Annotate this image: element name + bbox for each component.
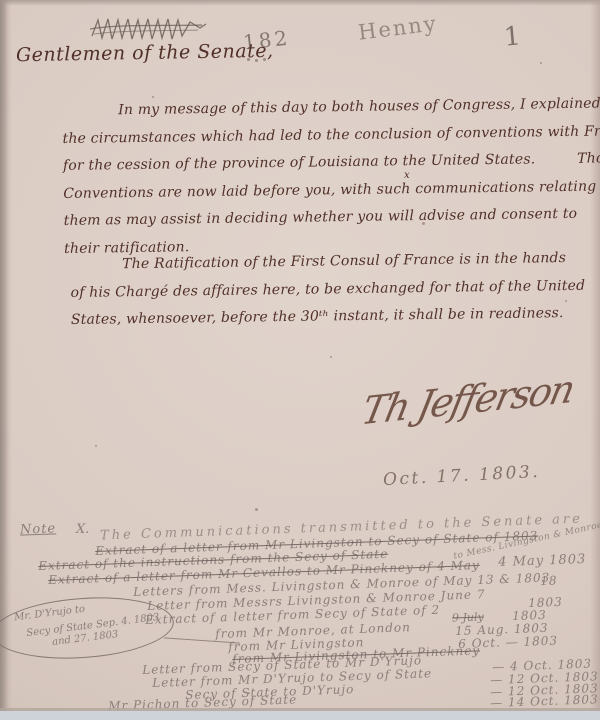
scan-backing-strip (0, 711, 600, 720)
note-label: Note (20, 521, 57, 537)
signature: Th Jefferson (358, 366, 578, 433)
scratched-out-word (90, 14, 208, 44)
date-line: Oct. 17. 1803. (383, 462, 541, 490)
paper-speck (152, 96, 154, 98)
insertion-caret-mark: x (404, 170, 410, 181)
pencil-tally-mark: 1 (503, 21, 522, 52)
paragraph-2: The Ratification of the First Consul of … (70, 245, 586, 335)
paragraph-1: In my message of this day to both houses… (62, 90, 600, 264)
note-reference-mark: X. (76, 522, 89, 537)
paper-left-edge (0, 0, 12, 720)
paper-speck (330, 356, 332, 358)
paper-speck (95, 445, 97, 447)
pencil-name-annotation: Henny (357, 11, 439, 45)
note-entry-date: 4 May 1803 (498, 552, 587, 570)
paper-speck (248, 692, 250, 694)
paragraph-2-line: States, whensoever, before the 30ᵗʰ inst… (71, 300, 586, 335)
paper-top-edge (0, 0, 600, 6)
paper-speck (540, 62, 542, 64)
paper-speck (255, 508, 258, 511)
paper-speck (565, 300, 567, 302)
paper-speck (422, 222, 425, 225)
document-page: 182 Henny 1 Gentlemen of the Senate, In … (0, 0, 600, 720)
salutation: Gentlemen of the Senate, (16, 40, 274, 66)
